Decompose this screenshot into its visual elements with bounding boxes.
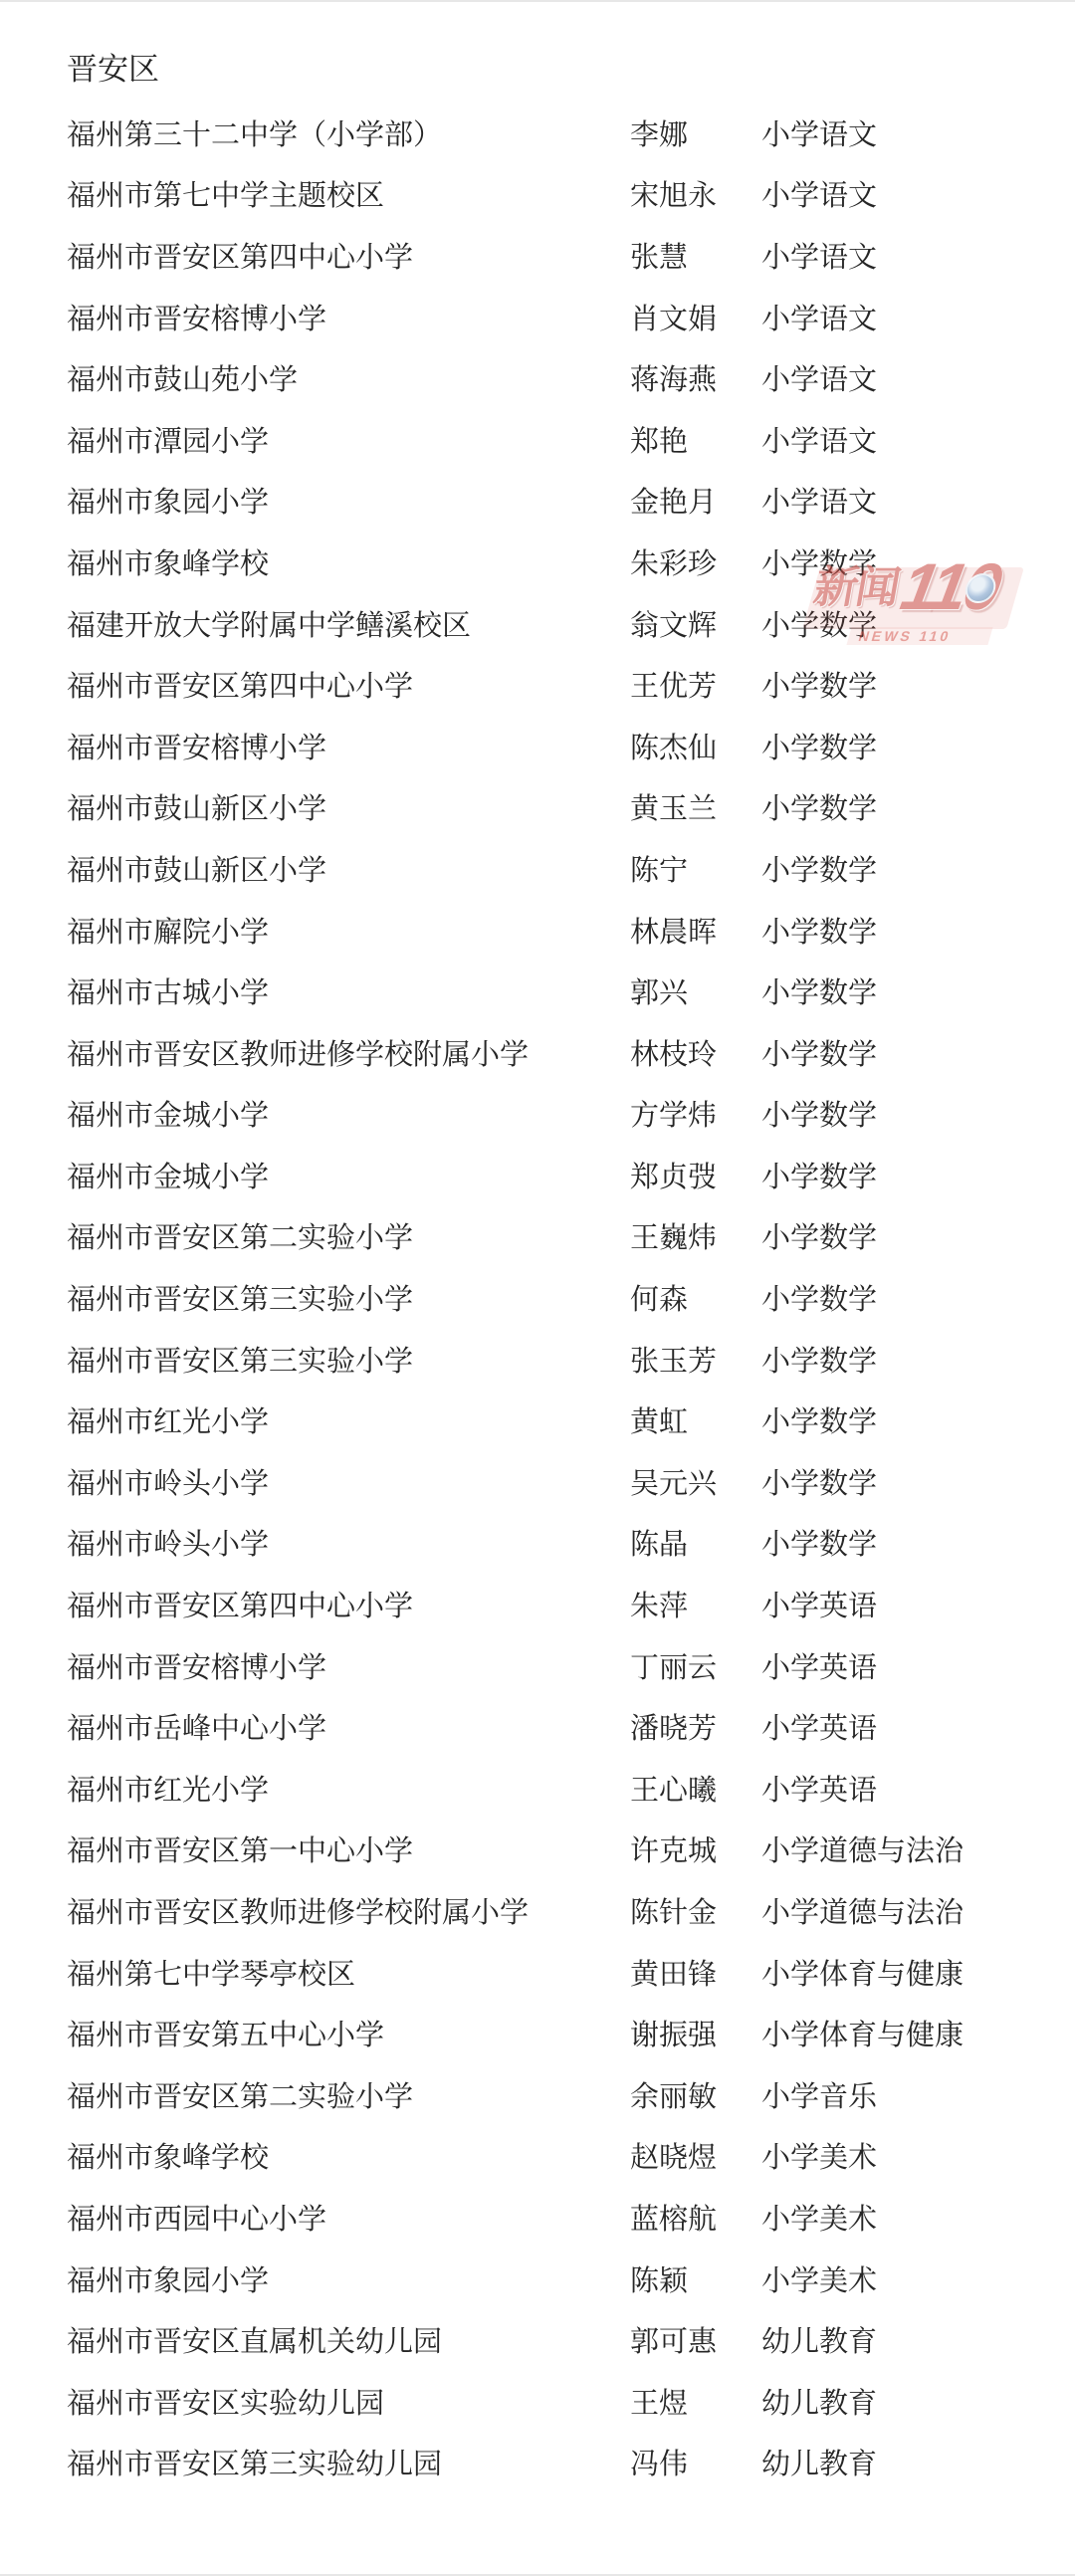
- teacher-name-cell: 何森: [630, 1283, 761, 1317]
- school-name-cell: 福州市晋安区第二实验小学: [67, 1221, 630, 1255]
- table-row: 福州市象园小学 金艳月 小学语文: [0, 473, 1075, 535]
- teacher-name-cell: 朱萍: [630, 1590, 761, 1623]
- school-name-cell: 福州市晋安区第三实验幼儿园: [67, 2448, 630, 2481]
- teacher-name-cell: 吴元兴: [630, 1467, 761, 1501]
- subject-cell: 小学数学: [761, 854, 1075, 888]
- school-name-cell: 福州市鼓山新区小学: [67, 854, 630, 888]
- teacher-name-cell: 黄虹: [630, 1405, 761, 1439]
- table-row: 福州市晋安榕博小学 肖文娟 小学语文: [0, 289, 1075, 350]
- subject-cell: 小学英语: [761, 1774, 1075, 1808]
- teacher-name-cell: 张玉芳: [630, 1345, 761, 1379]
- school-name-cell: 福州市岳峰中心小学: [67, 1712, 630, 1746]
- teacher-name-cell: 黄玉兰: [630, 792, 761, 826]
- table-row: 福州市鼓山新区小学 陈宁 小学数学: [0, 840, 1075, 902]
- subject-cell: 幼儿教育: [761, 2387, 1075, 2421]
- teacher-name-cell: 郭可惠: [630, 2325, 761, 2359]
- table-row: 福州市岭头小学 吴元兴 小学数学: [0, 1453, 1075, 1515]
- teacher-name-cell: 朱彩珍: [630, 547, 761, 581]
- teacher-name-cell: 余丽敏: [630, 2080, 761, 2114]
- subject-cell: 小学数学: [761, 1221, 1075, 1255]
- subject-cell: 幼儿教育: [761, 2325, 1075, 2359]
- teacher-name-cell: 王巍炜: [630, 1221, 761, 1255]
- subject-cell: 小学语文: [761, 363, 1075, 397]
- teacher-name-cell: 赵晓煜: [630, 2141, 761, 2175]
- table-row: 福州市晋安区教师进修学校附属小学 陈针金 小学道德与法治: [0, 1882, 1075, 1944]
- school-name-cell: 福州第七中学琴亭校区: [67, 1958, 630, 1992]
- subject-cell: 小学数学: [761, 1467, 1075, 1501]
- subject-cell: 小学数学: [761, 547, 1075, 581]
- school-name-cell: 福州市晋安第五中心小学: [67, 2019, 630, 2052]
- subject-cell: 小学数学: [761, 1099, 1075, 1133]
- teacher-name-cell: 郑艳: [630, 425, 761, 459]
- table-row: 福州市晋安区第二实验小学 王巍炜 小学数学: [0, 1208, 1075, 1270]
- subject-cell: 小学数学: [761, 916, 1075, 950]
- subject-cell: 小学数学: [761, 1528, 1075, 1562]
- table-row: 福州市晋安区直属机关幼儿园 郭可惠 幼儿教育: [0, 2311, 1075, 2373]
- school-name-cell: 福州市红光小学: [67, 1405, 630, 1439]
- teacher-name-cell: 张慧: [630, 241, 761, 275]
- school-name-cell: 福州市象园小学: [67, 2264, 630, 2298]
- table-row: 福州市晋安榕博小学 陈杰仙 小学数学: [0, 718, 1075, 779]
- school-name-cell: 福州市古城小学: [67, 976, 630, 1010]
- teacher-name-cell: 郑贞弢: [630, 1161, 761, 1194]
- school-name-cell: 福州市晋安榕博小学: [67, 303, 630, 336]
- table-row: 福州市晋安区第三实验幼儿园 冯伟 幼儿教育: [0, 2435, 1075, 2496]
- subject-cell: 小学数学: [761, 670, 1075, 704]
- school-name-cell: 福州市金城小学: [67, 1161, 630, 1194]
- teacher-name-cell: 方学炜: [630, 1099, 761, 1133]
- teacher-name-cell: 陈宁: [630, 854, 761, 888]
- subject-cell: 幼儿教育: [761, 2448, 1075, 2481]
- teacher-name-cell: 黄田锋: [630, 1958, 761, 1992]
- subject-cell: 小学语文: [761, 303, 1075, 336]
- document-page: 晋安区 福州第三十二中学（小学部） 李娜 小学语文 福州市第七中学主题校区 宋旭…: [0, 0, 1075, 2576]
- subject-cell: 小学数学: [761, 976, 1075, 1010]
- table-row: 福州市晋安区第一中心小学 许克城 小学道德与法治: [0, 1822, 1075, 1883]
- table-row: 福州市岳峰中心小学 潘晓芳 小学英语: [0, 1698, 1075, 1760]
- table-row: 福建开放大学附属中学鳝溪校区 翁文辉 小学数学: [0, 595, 1075, 657]
- table-row: 福州市红光小学 黄虹 小学数学: [0, 1392, 1075, 1453]
- table-row: 福州市鼓山新区小学 黄玉兰 小学数学: [0, 779, 1075, 841]
- school-name-cell: 福州市象峰学校: [67, 2141, 630, 2175]
- school-name-cell: 福州市晋安区直属机关幼儿园: [67, 2325, 630, 2359]
- school-name-cell: 福州市晋安区第三实验小学: [67, 1283, 630, 1317]
- subject-cell: 小学语文: [761, 425, 1075, 459]
- table-row: 福州第七中学琴亭校区 黄田锋 小学体育与健康: [0, 1944, 1075, 2006]
- subject-cell: 小学语文: [761, 486, 1075, 520]
- subject-cell: 小学数学: [761, 609, 1075, 643]
- subject-cell: 小学数学: [761, 1345, 1075, 1379]
- school-name-cell: 福州市金城小学: [67, 1099, 630, 1133]
- table-row: 福州市象峰学校 赵晓煜 小学美术: [0, 2128, 1075, 2190]
- subject-cell: 小学数学: [761, 792, 1075, 826]
- teacher-name-cell: 王煜: [630, 2387, 761, 2421]
- school-name-cell: 福州市晋安区教师进修学校附属小学: [67, 1038, 630, 1072]
- teacher-name-cell: 蓝榕航: [630, 2203, 761, 2237]
- subject-cell: 小学数学: [761, 1038, 1075, 1072]
- school-name-cell: 福建开放大学附属中学鳝溪校区: [67, 609, 630, 643]
- school-name-cell: 福州市晋安区第四中心小学: [67, 670, 630, 704]
- teacher-name-cell: 李娜: [630, 118, 761, 152]
- table-row: 福州市鼓山苑小学 蒋海燕 小学语文: [0, 349, 1075, 411]
- table-row: 福州市晋安区实验幼儿园 王煜 幼儿教育: [0, 2373, 1075, 2435]
- teacher-name-cell: 林晨晖: [630, 916, 761, 950]
- teacher-name-cell: 宋旭永: [630, 179, 761, 213]
- subject-cell: 小学语文: [761, 179, 1075, 213]
- subject-cell: 小学数学: [761, 1283, 1075, 1317]
- school-name-cell: 福州市晋安榕博小学: [67, 1651, 630, 1685]
- table-row: 福州市廨院小学 林晨晖 小学数学: [0, 902, 1075, 964]
- teacher-name-cell: 丁丽云: [630, 1651, 761, 1685]
- school-name-cell: 福州市晋安区教师进修学校附属小学: [67, 1896, 630, 1930]
- subject-cell: 小学英语: [761, 1651, 1075, 1685]
- table-row: 福州市晋安第五中心小学 谢振强 小学体育与健康: [0, 2005, 1075, 2066]
- school-name-cell: 福州市晋安区实验幼儿园: [67, 2387, 630, 2421]
- school-name-cell: 福州市岭头小学: [67, 1467, 630, 1501]
- teacher-name-cell: 蒋海燕: [630, 363, 761, 397]
- table-row: 福州市古城小学 郭兴 小学数学: [0, 963, 1075, 1024]
- table-row: 福州市象峰学校 朱彩珍 小学数学: [0, 534, 1075, 595]
- subject-cell: 小学语文: [761, 118, 1075, 152]
- subject-cell: 小学数学: [761, 1161, 1075, 1194]
- subject-cell: 小学数学: [761, 732, 1075, 765]
- teacher-name-cell: 陈晶: [630, 1528, 761, 1562]
- teacher-name-cell: 陈颖: [630, 2264, 761, 2298]
- school-name-cell: 福州第三十二中学（小学部）: [67, 118, 630, 152]
- teacher-name-cell: 谢振强: [630, 2019, 761, 2052]
- school-name-cell: 福州市岭头小学: [67, 1528, 630, 1562]
- subject-cell: 小学音乐: [761, 2080, 1075, 2114]
- table-row: 福州市象园小学 陈颖 小学美术: [0, 2251, 1075, 2312]
- teacher-name-cell: 金艳月: [630, 486, 761, 520]
- table-row: 福州市晋安区第四中心小学 朱萍 小学英语: [0, 1576, 1075, 1637]
- teacher-name-cell: 陈针金: [630, 1896, 761, 1930]
- table-row: 福州市金城小学 郑贞弢 小学数学: [0, 1147, 1075, 1208]
- teacher-name-cell: 肖文娟: [630, 303, 761, 336]
- school-name-cell: 福州市潭园小学: [67, 425, 630, 459]
- school-name-cell: 福州市廨院小学: [67, 916, 630, 950]
- teacher-name-cell: 潘晓芳: [630, 1712, 761, 1746]
- table-row: 福州市晋安区第四中心小学 王优芳 小学数学: [0, 656, 1075, 718]
- school-name-cell: 福州市红光小学: [67, 1774, 630, 1808]
- subject-cell: 小学体育与健康: [761, 2019, 1075, 2052]
- table-row: 福州市晋安区教师进修学校附属小学 林枝玲 小学数学: [0, 1024, 1075, 1086]
- school-name-cell: 福州市象峰学校: [67, 547, 630, 581]
- table-row: 福州市晋安区第四中心小学 张慧 小学语文: [0, 227, 1075, 289]
- school-name-cell: 福州市晋安榕博小学: [67, 732, 630, 765]
- teacher-name-cell: 许克城: [630, 1834, 761, 1868]
- teacher-name-cell: 翁文辉: [630, 609, 761, 643]
- teacher-name-cell: 王优芳: [630, 670, 761, 704]
- school-name-cell: 福州市鼓山苑小学: [67, 363, 630, 397]
- table-row: 福州市金城小学 方学炜 小学数学: [0, 1086, 1075, 1148]
- table-row: 福州市第七中学主题校区 宋旭永 小学语文: [0, 166, 1075, 228]
- subject-cell: 小学英语: [761, 1712, 1075, 1746]
- subject-cell: 小学美术: [761, 2141, 1075, 2175]
- table-row: 福州市红光小学 王心曦 小学英语: [0, 1760, 1075, 1822]
- teacher-name-cell: 冯伟: [630, 2448, 761, 2481]
- subject-cell: 小学道德与法治: [761, 1896, 1075, 1930]
- subject-cell: 小学美术: [761, 2264, 1075, 2298]
- district-title: 晋安区: [67, 52, 159, 88]
- school-name-cell: 福州市晋安区第二实验小学: [67, 2080, 630, 2114]
- table-row: 福州市晋安榕博小学 丁丽云 小学英语: [0, 1637, 1075, 1699]
- school-name-cell: 福州市晋安区第三实验小学: [67, 1345, 630, 1379]
- table-row: 福州市晋安区第三实验小学 张玉芳 小学数学: [0, 1331, 1075, 1393]
- subject-cell: 小学道德与法治: [761, 1834, 1075, 1868]
- school-name-cell: 福州市象园小学: [67, 486, 630, 520]
- teacher-name-cell: 陈杰仙: [630, 732, 761, 765]
- table-row: 福州市晋安区第二实验小学 余丽敏 小学音乐: [0, 2066, 1075, 2128]
- table-row: 福州市晋安区第三实验小学 何森 小学数学: [0, 1269, 1075, 1331]
- school-name-cell: 福州市晋安区第四中心小学: [67, 1590, 630, 1623]
- teacher-name-cell: 王心曦: [630, 1774, 761, 1808]
- school-name-cell: 福州市晋安区第一中心小学: [67, 1834, 630, 1868]
- school-name-cell: 福州市第七中学主题校区: [67, 179, 630, 213]
- subject-cell: 小学美术: [761, 2203, 1075, 2237]
- teacher-table: 福州第三十二中学（小学部） 李娜 小学语文 福州市第七中学主题校区 宋旭永 小学…: [0, 105, 1075, 2495]
- school-name-cell: 福州市鼓山新区小学: [67, 792, 630, 826]
- teacher-name-cell: 林枝玲: [630, 1038, 761, 1072]
- subject-cell: 小学英语: [761, 1590, 1075, 1623]
- table-row: 福州市潭园小学 郑艳 小学语文: [0, 411, 1075, 473]
- table-row: 福州第三十二中学（小学部） 李娜 小学语文: [0, 105, 1075, 166]
- subject-cell: 小学数学: [761, 1405, 1075, 1439]
- subject-cell: 小学语文: [761, 241, 1075, 275]
- school-name-cell: 福州市西园中心小学: [67, 2203, 630, 2237]
- teacher-name-cell: 郭兴: [630, 976, 761, 1010]
- table-row: 福州市西园中心小学 蓝榕航 小学美术: [0, 2189, 1075, 2251]
- table-row: 福州市岭头小学 陈晶 小学数学: [0, 1515, 1075, 1577]
- subject-cell: 小学体育与健康: [761, 1958, 1075, 1992]
- school-name-cell: 福州市晋安区第四中心小学: [67, 241, 630, 275]
